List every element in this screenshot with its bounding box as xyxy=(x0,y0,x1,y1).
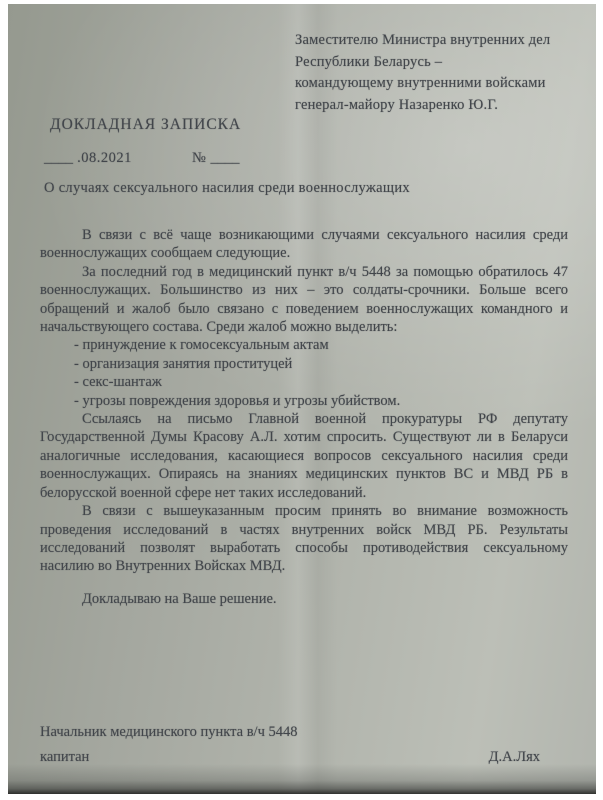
signature-block: Начальник медицинского пункта в/ч 5448 к… xyxy=(40,720,568,770)
paragraph-3: Ссылаясь на письмо Главной военной проку… xyxy=(40,410,568,502)
date-number-line: ____ .08.2021 № ____ xyxy=(44,150,239,167)
recipient-line: командующему внутренними войсками xyxy=(295,73,565,95)
signature-name: Д.А.Лях xyxy=(489,745,568,770)
paragraph-1: В связи с всё чаще возникающими случаями… xyxy=(40,226,568,263)
subject-line: О случаях сексуального насилия среди вое… xyxy=(44,180,574,197)
signature-rank: капитан xyxy=(40,745,89,770)
date-blank: ____ xyxy=(44,150,73,166)
recipient-block: Заместителю Министра внутренних дел Респ… xyxy=(295,30,565,116)
complaint-item: - организация занятия проституцей xyxy=(74,355,568,373)
memo-document: Заместителю Министра внутренних дел Респ… xyxy=(8,4,596,794)
signature-row: капитан Д.А.Лях xyxy=(40,745,568,770)
date-value: .08.2021 xyxy=(77,150,132,166)
complaint-list: - принуждение к гомосексуальным актам - … xyxy=(40,336,568,410)
closing-line: Докладываю на Ваше решение. xyxy=(40,590,568,608)
document-title: ДОКЛАДНАЯ ЗАПИСКА xyxy=(50,116,241,134)
complaint-item: - принуждение к гомосексуальным актам xyxy=(74,336,568,354)
recipient-line: Заместителю Министра внутренних дел xyxy=(295,30,565,52)
number-sign: № xyxy=(192,150,206,166)
number-blank: ____ xyxy=(210,150,239,166)
signature-position: Начальник медицинского пункта в/ч 5448 xyxy=(40,720,568,745)
recipient-line: генерал-майору Назаренко Ю.Г. xyxy=(295,95,565,117)
complaint-item: - секс-шантаж xyxy=(74,373,568,391)
recipient-line: Республики Беларусь – xyxy=(295,52,565,74)
paragraph-4: В связи с вышеуказанным просим принять в… xyxy=(40,502,568,576)
paragraph-2: За последний год в медицинский пункт в/ч… xyxy=(40,263,568,337)
complaint-item: - угрозы повреждения здоровья и угрозы у… xyxy=(74,392,568,410)
memo-body: В связи с всё чаще возникающими случаями… xyxy=(40,226,568,608)
document-photo: Заместителю Министра внутренних дел Респ… xyxy=(8,4,596,794)
